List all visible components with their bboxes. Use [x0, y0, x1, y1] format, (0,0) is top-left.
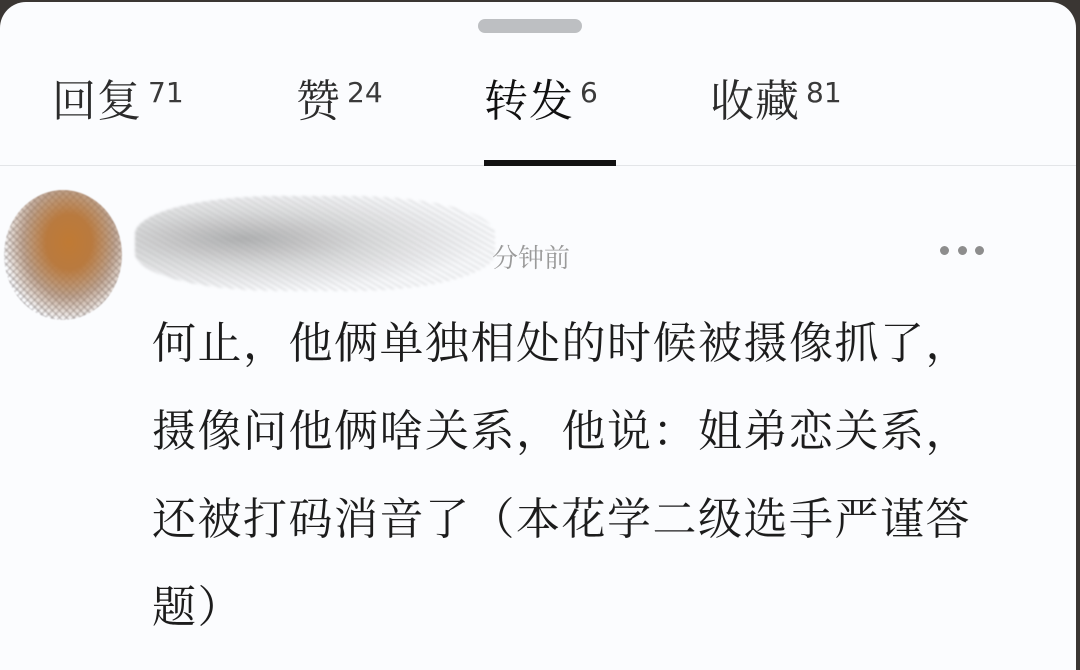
tab-label: 回复 — [52, 74, 142, 130]
tab-count: 81 — [806, 78, 842, 108]
tab-favorites[interactable]: 收藏 81 — [710, 74, 842, 164]
drag-handle[interactable] — [478, 19, 582, 33]
more-horizontal-icon — [975, 246, 984, 255]
tab-count: 71 — [148, 78, 184, 108]
username-redacted[interactable] — [135, 196, 495, 291]
tab-reposts[interactable]: 转发 6 — [484, 74, 598, 164]
tab-count: 24 — [347, 78, 383, 108]
more-horizontal-icon — [940, 246, 949, 255]
tab-count: 6 — [580, 78, 598, 108]
avatar[interactable] — [4, 190, 122, 320]
comment-item: 分钟前 何止，他俩单独相处的时候被摄像抓了，摄像问他俩啥关系，他说：姐弟恋关系，… — [0, 168, 1076, 668]
tab-label: 转发 — [484, 74, 574, 130]
timestamp: 分钟前 — [492, 238, 570, 275]
active-tab-indicator — [484, 160, 616, 166]
tab-label: 收藏 — [710, 74, 800, 130]
bottom-sheet: 回复 71 赞 24 转发 6 收藏 81 分钟前 何止，他俩单独相处的时候被摄… — [0, 2, 1076, 670]
tab-replies[interactable]: 回复 71 — [52, 74, 184, 164]
more-options-button[interactable] — [940, 240, 984, 260]
tab-bar: 回复 71 赞 24 转发 6 收藏 81 — [0, 62, 1076, 166]
more-horizontal-icon — [958, 246, 967, 255]
comment-text: 何止，他俩单独相处的时候被摄像抓了，摄像问他俩啥关系，他说：姐弟恋关系，还被打码… — [152, 300, 1002, 652]
tab-likes[interactable]: 赞 24 — [296, 74, 383, 164]
tab-label: 赞 — [296, 74, 341, 130]
